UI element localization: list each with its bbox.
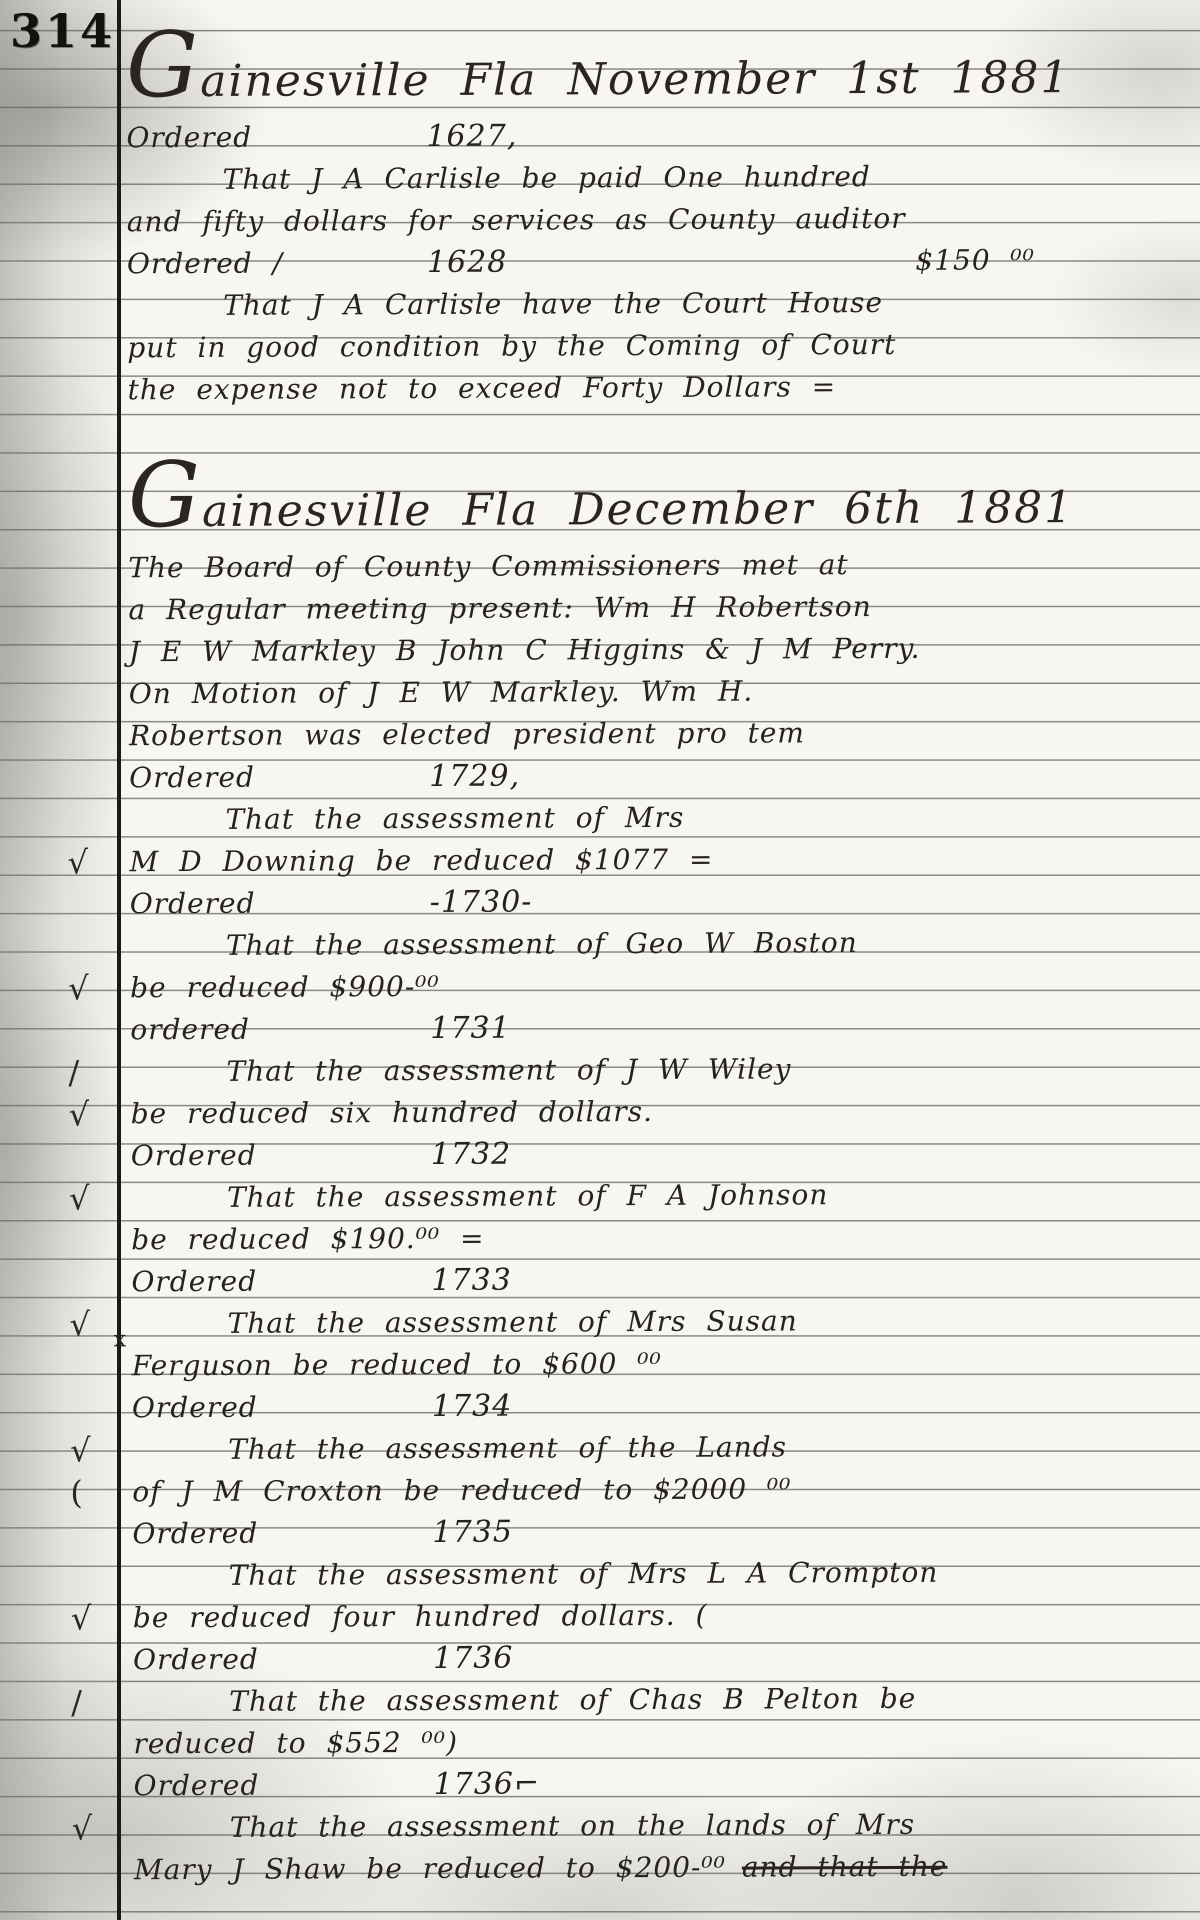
order-label: Ordered (132, 1513, 432, 1554)
line-text: reduced to $552 ⁰⁰) (133, 1726, 458, 1760)
text-line: Ferguson be reduced to $600 ⁰⁰ (132, 1342, 1170, 1389)
order-number: 1733 (431, 1261, 512, 1301)
order-line: Ordered1735 (132, 1510, 1170, 1557)
order-line: Ordered1736 (133, 1636, 1171, 1683)
text-line: a Regular meeting present: Wm H Robertso… (128, 586, 1166, 633)
order-number: -1730- (430, 883, 533, 923)
struck-text: and that the (742, 1850, 948, 1884)
page-number: 314 (10, 4, 115, 58)
line-text: a Regular meeting present: Wm H Robertso… (128, 590, 871, 626)
text-line: put in good condition by the Coming of C… (127, 324, 1165, 371)
order-label: Ordered (132, 1387, 432, 1428)
order-label: Ordered (126, 117, 426, 158)
line-text: That the assessment of F A Johnson (227, 1178, 828, 1214)
manuscript: Gainesville Fla November 1st 1881Ordered… (126, 18, 1172, 1893)
text-line: √be reduced four hundred dollars. ( (133, 1594, 1171, 1641)
order-number: 1736⌐ (434, 1764, 541, 1804)
order-number: 1734 (432, 1387, 513, 1427)
text-line: /That the assessment of J W Wiley (130, 1048, 1168, 1095)
text-line: That J A Carlisle have the Court House (127, 282, 1165, 329)
line-text: The Board of County Commissioners met at (128, 548, 848, 584)
line-text: That the assessment of J W Wiley (226, 1052, 791, 1087)
line-text: Mary J Shaw be reduced to $200-⁰⁰ (134, 1851, 726, 1887)
line-text: be reduced four hundred dollars. ( (133, 1599, 708, 1635)
order-label: Ordered / (127, 243, 427, 284)
line-text: of J M Croxton be reduced to $2000 ⁰⁰ (132, 1472, 791, 1508)
text-line: That the assessment of Geo W Boston (130, 922, 1168, 969)
order-label: Ordered (131, 1135, 431, 1176)
text-line: On Motion of J E W Markley. Wm H. (129, 670, 1167, 717)
line-text: That the assessment of Chas B Pelton be (229, 1682, 916, 1718)
text-line: /That the assessment of Chas B Pelton be (133, 1678, 1171, 1725)
order-line: ordered1731 (130, 1006, 1168, 1053)
line-text: That the assessment of Mrs Susan (228, 1304, 798, 1339)
margin-checkmark: √ (69, 1094, 91, 1134)
order-number: 1736 (433, 1639, 514, 1679)
margin-rule (117, 0, 121, 1920)
margin-checkmark: √ (70, 1304, 92, 1344)
line-text: That the assessment on the lands of Mrs (230, 1808, 915, 1844)
order-number: 1731 (430, 1009, 511, 1049)
margin-checkmark: √ (71, 1598, 93, 1638)
text-line: √That the assessment of the Lands (132, 1426, 1170, 1473)
heading-text: Gainesville Fla December 6th 1881 (128, 482, 1074, 537)
text-line: J E W Markley B John C Higgins & J M Per… (129, 628, 1167, 675)
order-number: 1732 (431, 1135, 512, 1175)
text-line: √be reduced $900-⁰⁰ (130, 964, 1168, 1011)
text-line: (of J M Croxton be reduced to $2000 ⁰⁰ (132, 1468, 1170, 1515)
order-line: Ordered1733 (131, 1258, 1169, 1305)
order-line: Ordered-1730- (130, 880, 1168, 927)
line-text: put in good condition by the Coming of C… (127, 328, 896, 364)
line-text: That the assessment of Mrs L A Crompton (229, 1556, 939, 1592)
line-text: Ferguson be reduced to $600 ⁰⁰ (132, 1347, 662, 1382)
margin-checkmark: / (71, 1682, 83, 1722)
order-label: Ordered (131, 1261, 431, 1302)
text-line: √That the assessment of F A Johnson (131, 1174, 1169, 1221)
text-line: √be reduced six hundred dollars. (131, 1090, 1169, 1137)
order-line: Ordered1732 (131, 1132, 1169, 1179)
order-label: Ordered (130, 883, 430, 924)
line-text: That J A Carlisle be paid One hundred (223, 160, 871, 196)
order-number: 1627, (426, 117, 517, 157)
margin-checkmark: √ (68, 968, 90, 1008)
order-line: Ordered1627, (126, 114, 1164, 161)
order-label: ordered (130, 1009, 430, 1050)
line-text: That the assessment of Mrs (225, 801, 684, 836)
line-text: and fifty dollars for services as County… (127, 202, 906, 238)
order-line: Ordered /1628$150 ⁰⁰ (127, 240, 1165, 287)
margin-checkmark: √ (69, 1178, 91, 1218)
margin-x-mark: x (114, 1320, 128, 1360)
text-line: The Board of County Commissioners met at (128, 544, 1166, 591)
heading-text: Gainesville Fla November 1st 1881 (126, 52, 1070, 107)
text-line: That J A Carlisle be paid One hundred (127, 156, 1165, 203)
amount-value: $150 ⁰⁰ (915, 240, 1035, 281)
order-line: Ordered1734 (132, 1384, 1170, 1431)
line-text: On Motion of J E W Markley. Wm H. (129, 675, 754, 711)
text-line: the expense not to exceed Forty Dollars … (127, 366, 1165, 413)
line-text: be reduced $190.⁰⁰ = (131, 1222, 485, 1257)
margin-checkmark: ( (70, 1472, 84, 1512)
blank-line (128, 408, 1166, 453)
margin-checkmark: √ (68, 842, 90, 882)
entry-heading: Gainesville Fla November 1st 1881 (126, 18, 1164, 119)
text-line: That the assessment of Mrs (129, 796, 1167, 843)
line-text: be reduced $900-⁰⁰ (130, 970, 440, 1004)
line-text: That J A Carlisle have the Court House (223, 286, 883, 322)
line-text: That the assessment of the Lands (228, 1430, 787, 1465)
order-number: 1628 (427, 243, 508, 283)
line-text: J E W Markley B John C Higgins & J M Per… (129, 632, 921, 668)
line-text: Robertson was elected president pro tem (129, 716, 805, 752)
text-line: and fifty dollars for services as County… (127, 198, 1165, 245)
order-line: Ordered1729, (129, 754, 1167, 801)
ledger-page: 314 Gainesville Fla November 1st 1881Ord… (0, 0, 1200, 1920)
text-line: reduced to $552 ⁰⁰) (133, 1720, 1171, 1767)
order-label: Ordered (129, 757, 429, 798)
order-label: Ordered (133, 1639, 433, 1680)
entry-heading: Gainesville Fla December 6th 1881 (128, 448, 1166, 549)
line-text: That the assessment of Geo W Boston (226, 926, 858, 962)
margin-checkmark: √ (70, 1430, 92, 1470)
text-line: be reduced $190.⁰⁰ = (131, 1216, 1169, 1263)
line-text: be reduced six hundred dollars. (131, 1095, 653, 1130)
order-number: 1729, (429, 757, 520, 797)
text-line: √xThat the assessment of Mrs Susan (132, 1300, 1170, 1347)
order-number: 1735 (432, 1513, 513, 1553)
left-margin-shading (0, 0, 117, 1920)
text-line: Robertson was elected president pro tem (129, 712, 1167, 759)
margin-checkmark: / (68, 1052, 80, 1092)
line-text: the expense not to exceed Forty Dollars … (127, 370, 836, 406)
order-label: Ordered (134, 1765, 434, 1806)
text-line: Mary J Shaw be reduced to $200-⁰⁰and tha… (134, 1846, 1172, 1893)
text-line: That the assessment of Mrs L A Crompton (133, 1552, 1171, 1599)
line-text: M D Downing be reduced $1077 = (130, 843, 714, 879)
text-line: √M D Downing be reduced $1077 = (130, 838, 1168, 885)
margin-checkmark: √ (72, 1808, 94, 1848)
text-line: √That the assessment on the lands of Mrs (134, 1804, 1172, 1851)
order-line: Ordered1736⌐ (134, 1762, 1172, 1809)
